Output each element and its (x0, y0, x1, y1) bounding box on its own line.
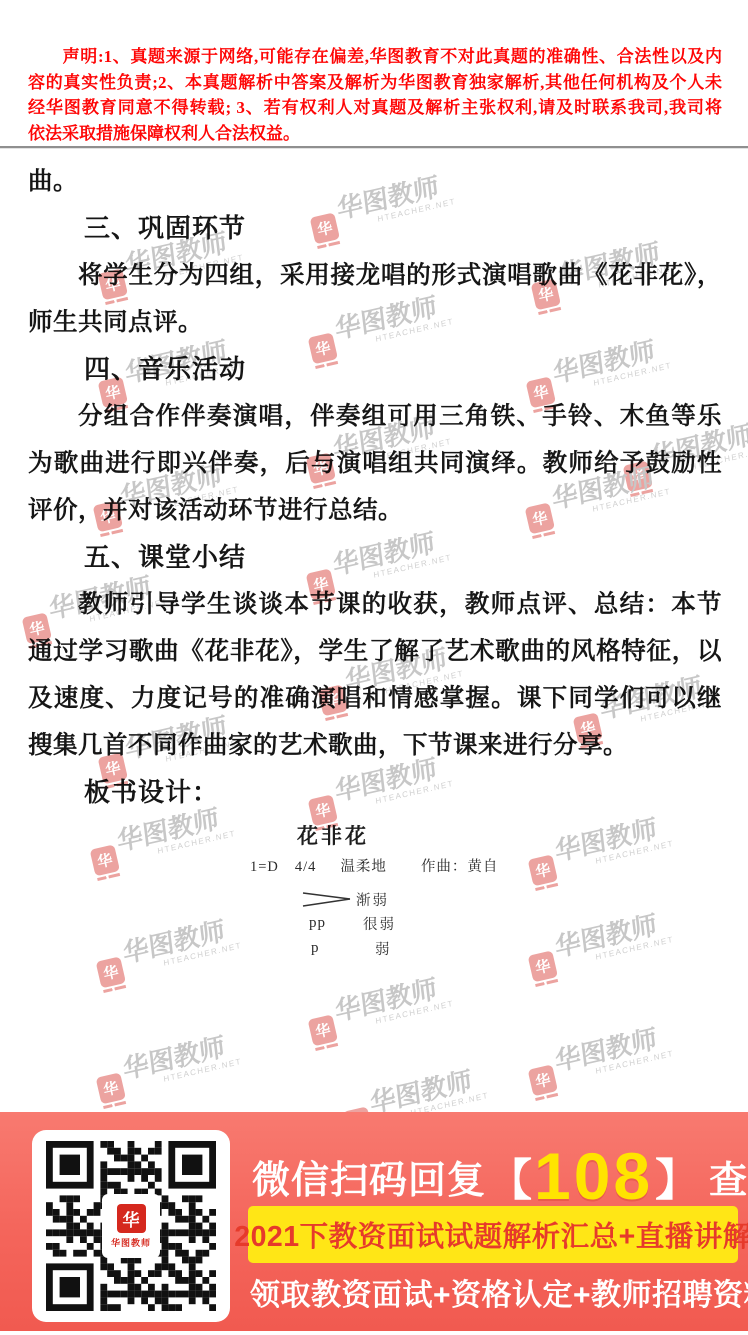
huatu-logo-icon: 华 (528, 1064, 558, 1096)
dynamics-label: 很弱 (363, 913, 396, 934)
disclaimer: 声明:1、真题来源于网络,可能存在偏差,华图教育不对此真题的准确性、合法性以及内… (28, 44, 722, 146)
document-line: 评价，并对该活动环节进行总结。 (28, 487, 722, 534)
watermark-logo-subtext (315, 1043, 338, 1051)
watermark-logo-subtext (103, 1101, 126, 1109)
disclaimer-line: 容的真实性负责;2、本真题解析中答案及解析为华图教育独家解析,其他任何机构及个人… (28, 70, 722, 96)
section-heading: 板书设计： (28, 769, 722, 816)
huatu-logo-icon: 华 (308, 1014, 338, 1046)
disclaimer-line: 依法采取措施保障权利人合法权益。 (28, 121, 722, 147)
section-divider (0, 146, 748, 149)
huatu-logo-icon: 华 (96, 956, 126, 988)
watermark-site: HTEACHER.NET (375, 999, 454, 1026)
document-line: 曲。 (28, 158, 722, 205)
qr-card: 华 华图教师 (32, 1130, 230, 1322)
key-signature: 1=D (250, 859, 279, 876)
document-line: 为歌曲进行即兴伴奏，后与演唱组共同演绎。教师给予鼓励性的 (28, 440, 722, 487)
huatu-watermark: 华华图教师HTEACHER.NET (521, 1005, 691, 1103)
watermark-site: HTEACHER.NET (163, 941, 242, 968)
dynamics-row: 渐弱 (302, 890, 389, 908)
document-line: 教师引导学生谈谈本节课的收获，教师点评、总结：本节课 (28, 581, 722, 628)
highlight-banner: 2021下教资面试试题解析汇总+直播讲解 (248, 1206, 738, 1263)
qr-center-badge: 华 华图教师 (102, 1194, 160, 1258)
watermark-logo-subtext (97, 873, 120, 881)
watermark-brand: 华图教师 (333, 968, 439, 1028)
decrescendo-hairpin-icon (302, 891, 356, 907)
dynamics-symbol-p: p (302, 940, 365, 957)
reply-code: 108 (534, 1138, 653, 1214)
watermark-logo-subtext (103, 985, 126, 993)
document-line: 将学生分为四组，采用接龙唱的形式演唱歌曲《花非花》， (28, 252, 722, 299)
watermark-site: HTEACHER.NET (595, 1049, 674, 1076)
lesson-plan-text: 曲。三、巩固环节将学生分为四组，采用接龙唱的形式演唱歌曲《花非花》，师生共同点评… (28, 158, 722, 816)
disclaimer-line: 声明:1、真题来源于网络,可能存在偏差,华图教育不对此真题的准确性、合法性以及内 (28, 44, 722, 70)
huatu-watermark: 华华图教师HTEACHER.NET (301, 955, 471, 1053)
watermark-logo-subtext (535, 1093, 558, 1101)
qr-center-label: 华图教师 (111, 1236, 151, 1249)
document-line: 通过学习歌曲《花非花》，学生了解了艺术歌曲的风格特征，以 (28, 628, 722, 675)
watermark-brand: 华图教师 (553, 904, 659, 964)
watermark-brand: 华图教师 (553, 1018, 659, 1078)
dynamics-row: p 弱 (302, 939, 392, 957)
section-heading: 三、巩固环节 (28, 205, 722, 252)
section-heading: 四、音乐活动 (28, 346, 722, 393)
disclaimer-line: 经华图教育同意不得转载; 3、若有权利人对真题及解析主张权利,请及时联系我司,我… (28, 95, 722, 121)
huatu-watermark: 华华图教师HTEACHER.NET (521, 891, 691, 989)
watermark-logo-subtext (535, 979, 558, 987)
huatu-logo-icon: 华 (528, 854, 558, 886)
document-line: 分组合作伴奏演唱，伴奏组可用三角铁、手铃、木鱼等乐器 (28, 393, 722, 440)
document-line: 师生共同点评。 (28, 299, 722, 346)
dynamics-label: 渐弱 (356, 889, 389, 910)
scan-instruction: 微信扫码回复 【 108 】 查看 (252, 1138, 748, 1214)
song-title: 花非花 (28, 820, 638, 850)
huatu-watermark: 华华图教师HTEACHER.NET (89, 897, 259, 995)
document-line: 搜集几首不同作曲家的艺术歌曲，下节课来进行分享。 (28, 722, 722, 769)
bracket-open: 【 (488, 1144, 532, 1208)
watermark-site: HTEACHER.NET (163, 1057, 242, 1084)
promo-banner: 华 华图教师 微信扫码回复 【 108 】 查看 2021下教资面试试题解析汇总… (0, 1112, 748, 1331)
huatu-logo-icon: 华 (528, 950, 558, 982)
time-signature: 4/4 (295, 859, 317, 876)
dynamics-label: 弱 (365, 938, 392, 959)
dynamics-symbol-pp: pp (302, 915, 363, 932)
huatu-logo-icon: 华 (96, 1072, 126, 1104)
watermark-brand: 华图教师 (121, 910, 227, 970)
section-heading: 五、课堂小结 (28, 534, 722, 581)
disclaimer-text: 1、真题来源于网络,可能存在偏差,华图教育不对此真题的准确性、合法性以及内 (104, 47, 722, 66)
disclaimer-label: 声明: (62, 47, 104, 66)
bracket-close: 】 (655, 1144, 699, 1208)
huatu-logo-icon: 华 (117, 1204, 146, 1233)
watermark-brand: 华图教师 (121, 1026, 227, 1086)
composer: 作曲：黄自 (421, 855, 499, 876)
dynamics-row: pp 很弱 (302, 914, 396, 932)
document-page: 声明:1、真题来源于网络,可能存在偏差,华图教育不对此真题的准确性、合法性以及内… (0, 0, 748, 1335)
watermark-logo-subtext (535, 883, 558, 891)
huatu-watermark: 华华图教师HTEACHER.NET (89, 1013, 259, 1111)
scan-prefix: 微信扫码回复 (252, 1149, 486, 1204)
tempo-marking: 温柔地 (340, 855, 387, 876)
materials-line: 领取教资面试+资格认定+教师招聘资料 (250, 1270, 738, 1314)
document-line: 及速度、力度记号的准确演唱和情感掌握。课下同学们可以继续 (28, 675, 722, 722)
song-meta: 1=D4/4温柔地作曲：黄自 (250, 855, 498, 876)
scan-suffix: 查看 (709, 1149, 748, 1204)
watermark-site: HTEACHER.NET (595, 935, 674, 962)
